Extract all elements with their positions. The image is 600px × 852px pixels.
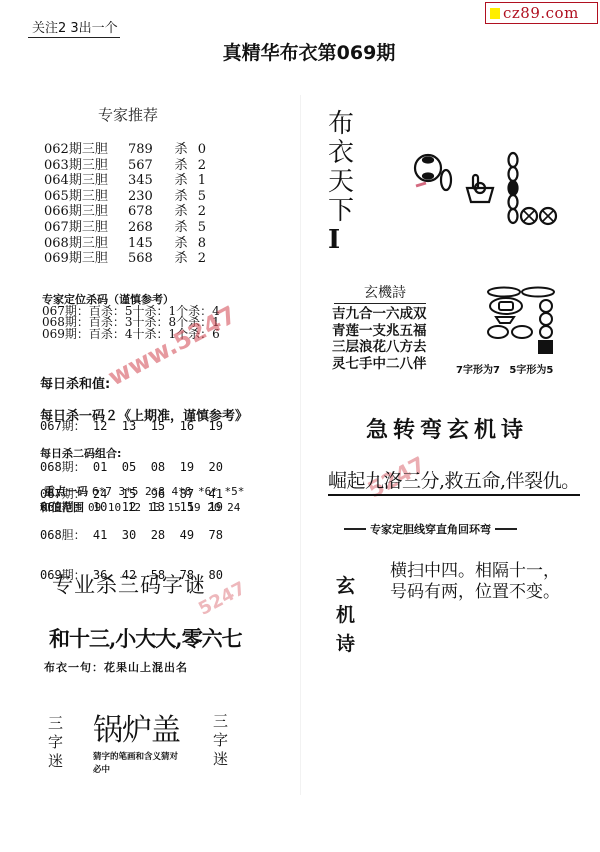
kill-cell: 2 bbox=[192, 158, 206, 174]
mystery-poem: 玄機詩 吉九合一六成双 青莲一支兆五福 三层浪花八方去 灵七手中二八伴 bbox=[332, 282, 427, 372]
nums-cell: 678 bbox=[128, 204, 170, 220]
pro-kill-title: 专业杀三码字谜 bbox=[52, 569, 206, 599]
column-divider bbox=[300, 95, 301, 795]
riddle-poem-line: 崛起九洛三分,救五命,伴裂仇。 bbox=[328, 466, 580, 496]
kill-cell: 2 bbox=[192, 204, 206, 220]
kill-label: 杀 bbox=[170, 189, 192, 205]
shape-note: 7字形为7 5字形为5 bbox=[456, 361, 553, 376]
vertical-char: 三 bbox=[213, 712, 231, 731]
kill-label: 杀 bbox=[170, 220, 192, 236]
page-title: 真精华布衣第069期 bbox=[0, 38, 600, 65]
xuanji-poem: 横扫中四。相隔十一， 号码有两，位置不变。 bbox=[390, 561, 560, 603]
riddle-word: 锅炉盖 bbox=[93, 705, 180, 749]
kill-cell: 8 bbox=[192, 236, 206, 252]
nums-cell: 145 bbox=[128, 236, 170, 252]
expert-line-text: 专家定胆线穿直角回环弯 bbox=[370, 521, 491, 537]
vertical-char: 字 bbox=[213, 731, 231, 750]
follow-note: 关注2 3出一个 bbox=[28, 17, 120, 38]
table-row: 068期三胆145杀8 bbox=[44, 236, 206, 252]
brand-text: cz89.com bbox=[503, 4, 579, 22]
poem-line: 吉九合一六成双 bbox=[332, 306, 427, 323]
table-row: 064期三胆345杀1 bbox=[44, 173, 206, 189]
sum-range-value: 09 10 12 13 15 19 20 24 bbox=[88, 501, 240, 514]
poem-line: 青莲一支兆五福 bbox=[332, 323, 427, 340]
period-cell: 063期三胆 bbox=[44, 158, 128, 174]
poem-line: 横扫中四。相隔十一， bbox=[390, 561, 560, 582]
expert-recommend-table: 062期三胆789杀0 063期三胆567杀2 064期三胆345杀1 065期… bbox=[44, 142, 206, 267]
vertical-char: 下 bbox=[328, 197, 358, 226]
table-row: 069期三胆568杀2 bbox=[44, 251, 206, 267]
table-row: 065期三胆230杀5 bbox=[44, 189, 206, 205]
kill-cell: 1 bbox=[192, 173, 206, 189]
vertical-char: 字 bbox=[48, 733, 66, 752]
period-cell: 069期三胆 bbox=[44, 251, 128, 267]
daily-two-code-title: 每日杀二码组合: bbox=[40, 447, 223, 461]
vertical-char: 迷 bbox=[213, 750, 231, 769]
pro-kill-riddle: 和十三,小大大,零六七 bbox=[49, 623, 242, 653]
period-cell: 067期三胆 bbox=[44, 220, 128, 236]
period-cell: 068期三胆 bbox=[44, 236, 128, 252]
list-item: 068胆： 41 30 28 49 78 bbox=[40, 529, 223, 543]
period-cell: 066期三胆 bbox=[44, 204, 128, 220]
kill-label: 杀 bbox=[170, 236, 192, 252]
kill-label: 杀 bbox=[170, 204, 192, 220]
nums-cell: 268 bbox=[128, 220, 170, 236]
table-row: 066期三胆678杀2 bbox=[44, 204, 206, 220]
kill-label: 杀 bbox=[170, 142, 192, 158]
key-code-value: 6*7 3*5 2*8 4*8 *6* *5* bbox=[92, 485, 244, 498]
kill-label: 杀 bbox=[170, 251, 192, 267]
poem-line: 号码有两，位置不变。 bbox=[390, 582, 560, 603]
vertical-char: 天 bbox=[328, 168, 358, 197]
vertical-char: 诗 bbox=[336, 630, 358, 659]
brand-square-icon bbox=[490, 8, 500, 19]
kill-cell: 2 bbox=[192, 251, 206, 267]
nums-cell: 230 bbox=[128, 189, 170, 205]
key-code-label: 重点一码 bbox=[44, 485, 88, 498]
vertical-char: 玄 bbox=[336, 572, 358, 601]
kill-cell: 5 bbox=[192, 220, 206, 236]
kill-label: 杀 bbox=[170, 173, 192, 189]
kill-cell: 5 bbox=[192, 189, 206, 205]
poem-line: 三层浪花八方去 bbox=[332, 339, 427, 356]
vertical-char: 三 bbox=[48, 714, 66, 733]
nums-cell: 345 bbox=[128, 173, 170, 189]
riddle-hint: 猜字的笔画和含义猜对必中 bbox=[93, 751, 183, 777]
period-cell: 065期三胆 bbox=[44, 189, 128, 205]
shape-pictogram-icon bbox=[484, 286, 584, 356]
vertical-char: 机 bbox=[336, 601, 358, 630]
kill-label: 杀 bbox=[170, 158, 192, 174]
table-row: 063期三胆567杀2 bbox=[44, 158, 206, 174]
vertical-char: 布 bbox=[328, 110, 358, 139]
budao-sentence: 布衣一句：花果山上混出名 bbox=[44, 659, 188, 675]
kill-cell: 0 bbox=[192, 142, 206, 158]
coin-pictogram-icon bbox=[412, 150, 582, 240]
table-row: 062期三胆789杀0 bbox=[44, 142, 206, 158]
three-char-riddle-label-right: 三 字 迷 bbox=[213, 712, 231, 769]
expert-line: 专家定胆线穿直角回环弯 bbox=[340, 521, 521, 537]
brand-badge[interactable]: cz89.com bbox=[485, 2, 598, 24]
poem-line: 灵七手中二八伴 bbox=[332, 356, 427, 373]
key-code-line: 重点一码6*7 3*5 2*8 4*8 *6* *5* bbox=[44, 483, 244, 499]
nums-cell: 568 bbox=[128, 251, 170, 267]
vertical-char: 迷 bbox=[48, 752, 66, 771]
mystery-poem-title: 玄機詩 bbox=[334, 282, 426, 304]
period-cell: 062期三胆 bbox=[44, 142, 128, 158]
sum-range-line: 和值范围09 10 12 13 15 19 20 24 bbox=[40, 499, 240, 515]
vertical-char: I bbox=[328, 226, 358, 255]
sum-range-label: 和值范围 bbox=[40, 501, 84, 514]
budao-vertical-title: 布 衣 天 下 I bbox=[328, 110, 358, 255]
expert-recommend-title: 专家推荐 bbox=[98, 104, 158, 125]
xuanji-vertical-title: 玄 机 诗 bbox=[336, 572, 358, 659]
table-row: 067期三胆268杀5 bbox=[44, 220, 206, 236]
vertical-char: 衣 bbox=[328, 139, 358, 168]
dash-divider bbox=[495, 528, 517, 530]
riddle-poem-title: 急转弯玄机诗 bbox=[366, 413, 528, 444]
nums-cell: 789 bbox=[128, 142, 170, 158]
nums-cell: 567 bbox=[128, 158, 170, 174]
three-char-riddle-label-left: 三 字 迷 bbox=[48, 714, 66, 771]
period-cell: 064期三胆 bbox=[44, 173, 128, 189]
dash-divider bbox=[344, 528, 366, 530]
